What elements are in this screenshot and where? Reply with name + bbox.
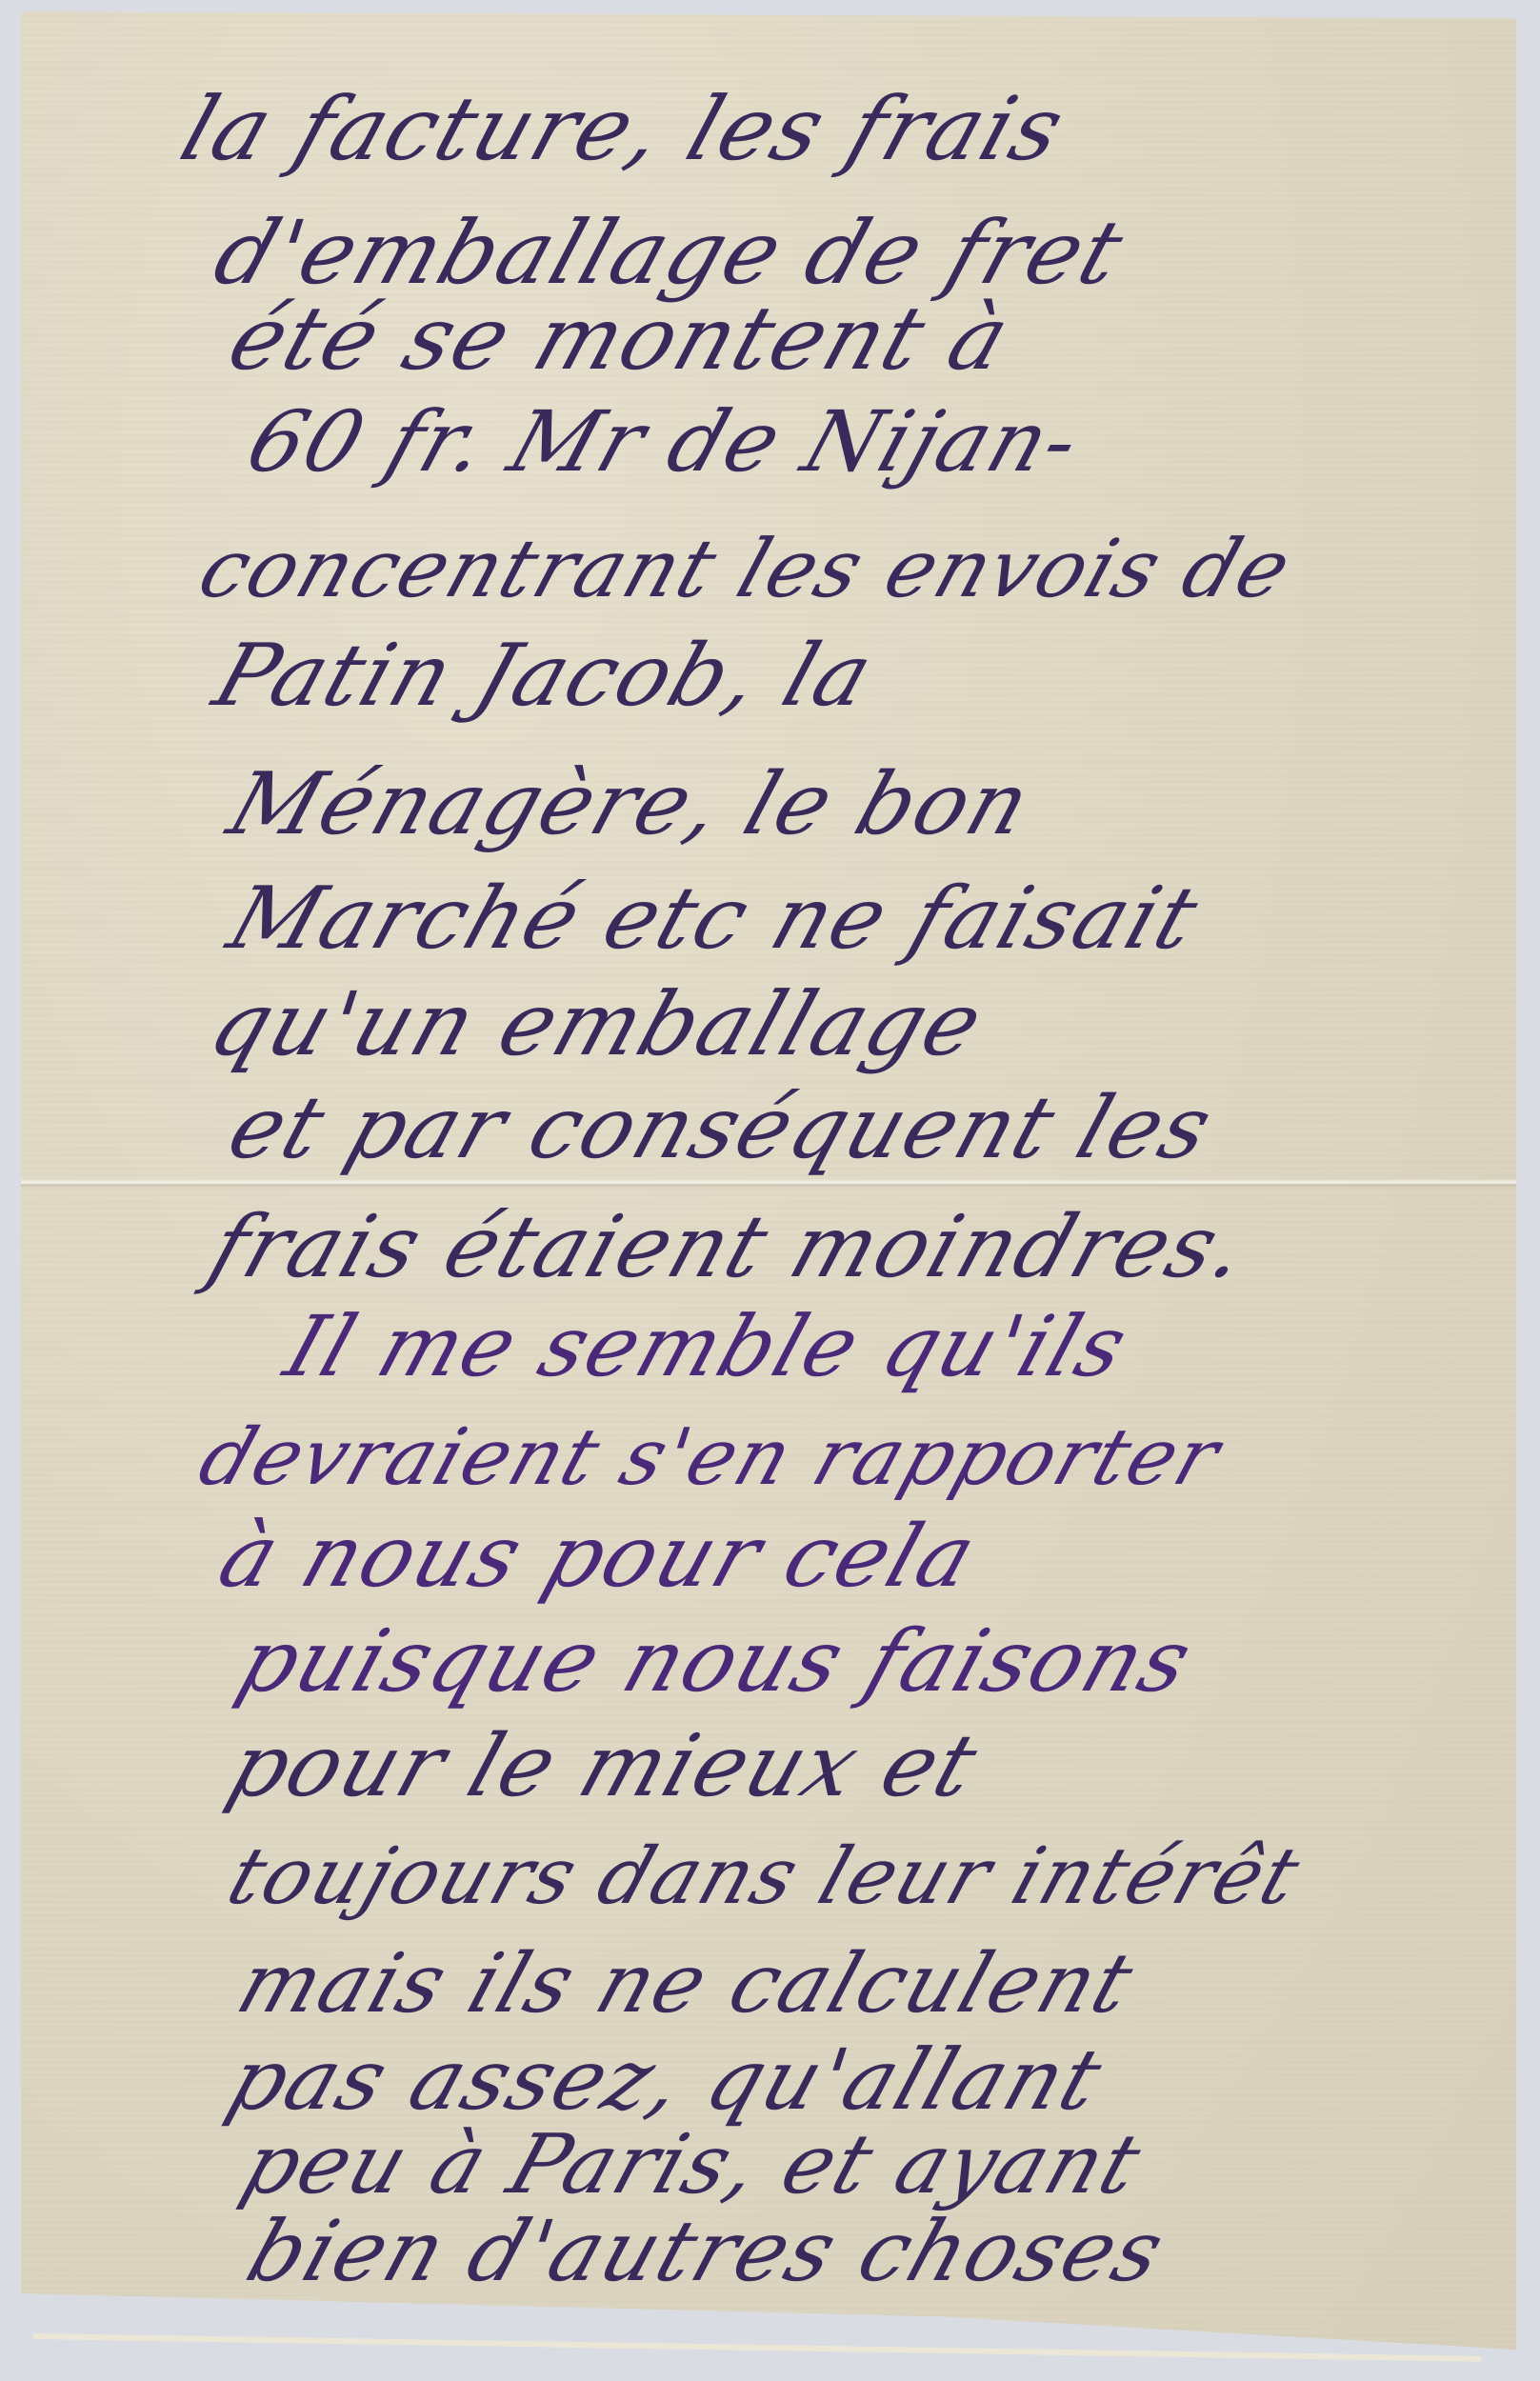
text-line: la facture, les frais <box>171 86 1075 173</box>
text-line: pour le mieux et <box>219 1724 988 1810</box>
text-line: d'emballage de fret <box>205 210 1134 297</box>
text-line: qu'un emballage <box>200 981 994 1069</box>
text-line: et par conséquent les <box>219 1086 1223 1171</box>
text-line: devraient s'en rapporter <box>190 1419 1230 1497</box>
text-line: concentrant les envois de <box>190 529 1302 609</box>
text-line: Marché etc ne faisait <box>219 876 1209 962</box>
text-line: à nous pour cela <box>210 1514 987 1600</box>
text-line: Ménagère, le bon <box>219 762 1041 848</box>
text-line: pas assez, qu'allant <box>219 2038 1112 2122</box>
text-line: mais ils ne calculent <box>229 1943 1144 2025</box>
text-line: Patin Jacob, la <box>205 633 884 719</box>
text-line: 60 fr. Mr de Nijan- <box>238 400 1090 484</box>
text-line: toujours dans leur intérêt <box>219 1838 1310 1916</box>
text-line: été se montent à <box>219 295 1021 383</box>
paper-fold-crease <box>21 1179 1516 1188</box>
text-line: Il me semble qu'ils <box>276 1305 1138 1389</box>
paper-bottom-edge <box>33 2333 1481 2362</box>
text-line: puisque nous faisons <box>229 1619 1202 1705</box>
text-line: frais étaient moindres. <box>200 1205 1259 1291</box>
text-line: peu à Paris, et ayant <box>233 2124 1151 2206</box>
text-line: bien d'autres choses <box>238 2210 1174 2293</box>
